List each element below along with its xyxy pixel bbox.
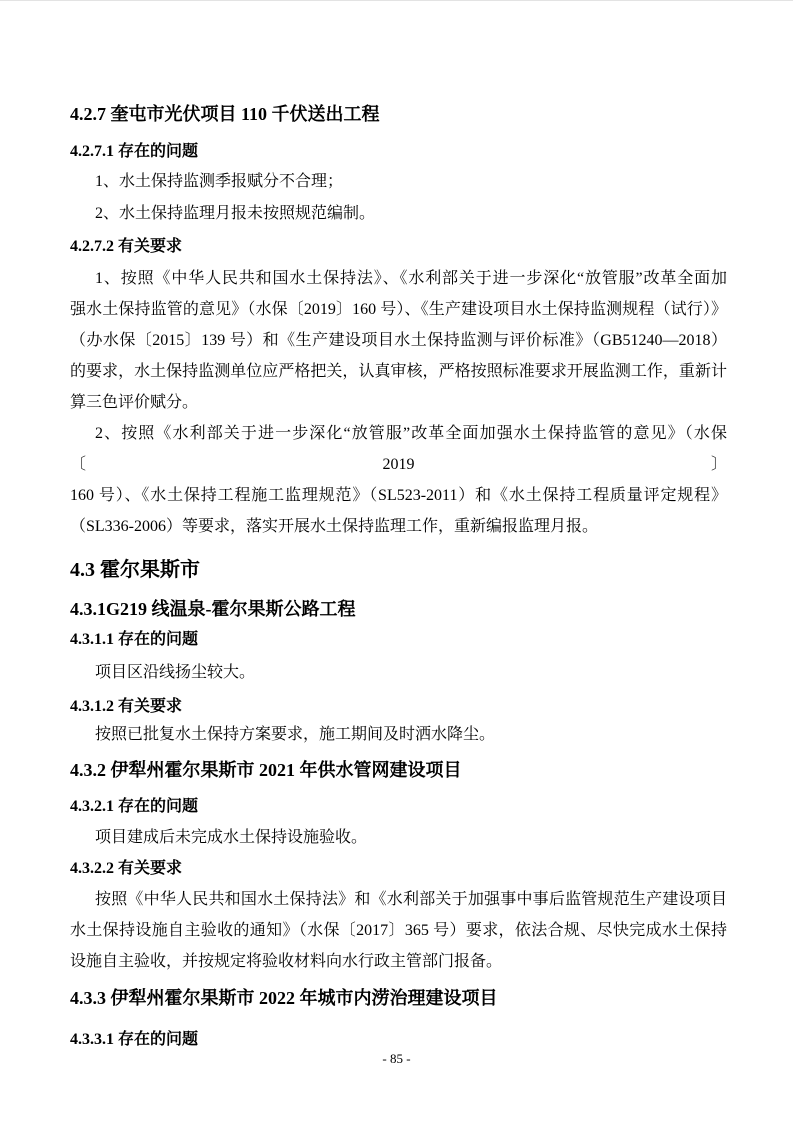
subheading-4-3-2-1: 4.3.2.1 存在的问题 (70, 796, 727, 818)
paragraph-dust-requirement: 按照已批复水土保持方案要求，施工期间及时洒水降尘。 (70, 719, 727, 750)
paragraph-line: 设施自主验收，并按规定将验收材料向水行政主管部门报备。 (70, 946, 727, 977)
paragraph-line: 按照《中华人民共和国水土保持法》和《水利部关于加强事中事后监管规范生产建设项目 (70, 884, 727, 915)
paragraph-line: 160 号）、《水土保持工程施工监理规范》（SL523-2011）和《水土保持工… (70, 480, 727, 511)
subheading-4-3-2-2: 4.3.2.2 有关要求 (70, 858, 727, 880)
subheading-4-3-1-2: 4.3.1.2 有关要求 (70, 696, 727, 718)
page-footer: - 85 - (0, 1051, 793, 1067)
paragraph-dust-problem: 项目区沿线扬尘较大。 (70, 657, 727, 688)
paragraph-line: 水土保持设施自主验收的通知》（水保〔2017〕365 号）要求，依法合规、尽快完… (70, 915, 727, 946)
list-item-1: 1、水土保持监测季报赋分不合理； (70, 166, 727, 198)
paragraph-line: 2、按照《水利部关于进一步深化“放管服”改革全面加强水土保持监管的意见》（水保〔… (70, 418, 727, 480)
paragraph-acceptance-requirements: 按照《中华人民共和国水土保持法》和《水利部关于加强事中事后监管规范生产建设项目 … (70, 884, 727, 977)
subheading-4-2-7-2: 4.2.7.2 有关要求 (70, 236, 727, 258)
paragraph-line: 1、按照《中华人民共和国水土保持法》、《水利部关于进一步深化“放管服”改革全面加 (70, 263, 727, 294)
paragraph-line: 算三色评价赋分。 (70, 387, 727, 418)
document-page: 4.2.7 奎屯市光伏项目 110 千伏送出工程 4.2.7.1 存在的问题 1… (0, 0, 793, 1122)
section-heading-4-2-7: 4.2.7 奎屯市光伏项目 110 千伏送出工程 (70, 101, 727, 127)
section-heading-4-3-3: 4.3.3 伊犁州霍尔果斯市 2022 年城市内涝治理建设项目 (70, 985, 727, 1011)
paragraph-monitoring-requirements: 1、按照《中华人民共和国水土保持法》、《水利部关于进一步深化“放管服”改革全面加… (70, 263, 727, 418)
paragraph-line: （办水保〔2015〕139 号）和《生产建设项目水土保持监测与评价标准》（GB5… (70, 325, 727, 356)
paragraph-line: 强水土保持监管的意见》（水保〔2019〕160 号）、《生产建设项目水土保持监测… (70, 294, 727, 325)
paragraph-supervision-requirements: 2、按照《水利部关于进一步深化“放管服”改革全面加强水土保持监管的意见》（水保〔… (70, 418, 727, 542)
subheading-4-3-1-1: 4.3.1.1 存在的问题 (70, 629, 727, 651)
section-heading-4-3-2: 4.3.2 伊犁州霍尔果斯市 2021 年供水管网建设项目 (70, 757, 727, 783)
page-number: - 85 - (382, 1051, 410, 1066)
paragraph-line: （SL336-2006）等要求，落实开展水土保持监理工作，重新编报监理月报。 (70, 511, 727, 542)
list-item-2: 2、水土保持监理月报未按照规范编制。 (70, 198, 727, 230)
section-heading-4-3: 4.3 霍尔果斯市 (70, 556, 727, 584)
paragraph-line: 的要求，水土保持监测单位应严格把关，认真审核，严格按照标准要求开展监测工作，重新… (70, 356, 727, 387)
subheading-4-3-3-1: 4.3.3.1 存在的问题 (70, 1029, 727, 1051)
subheading-4-2-7-1: 4.2.7.1 存在的问题 (70, 141, 727, 163)
paragraph-acceptance-problem: 项目建成后未完成水土保持设施验收。 (70, 822, 727, 853)
section-heading-4-3-1: 4.3.1G219 线温泉-霍尔果斯公路工程 (70, 596, 727, 622)
